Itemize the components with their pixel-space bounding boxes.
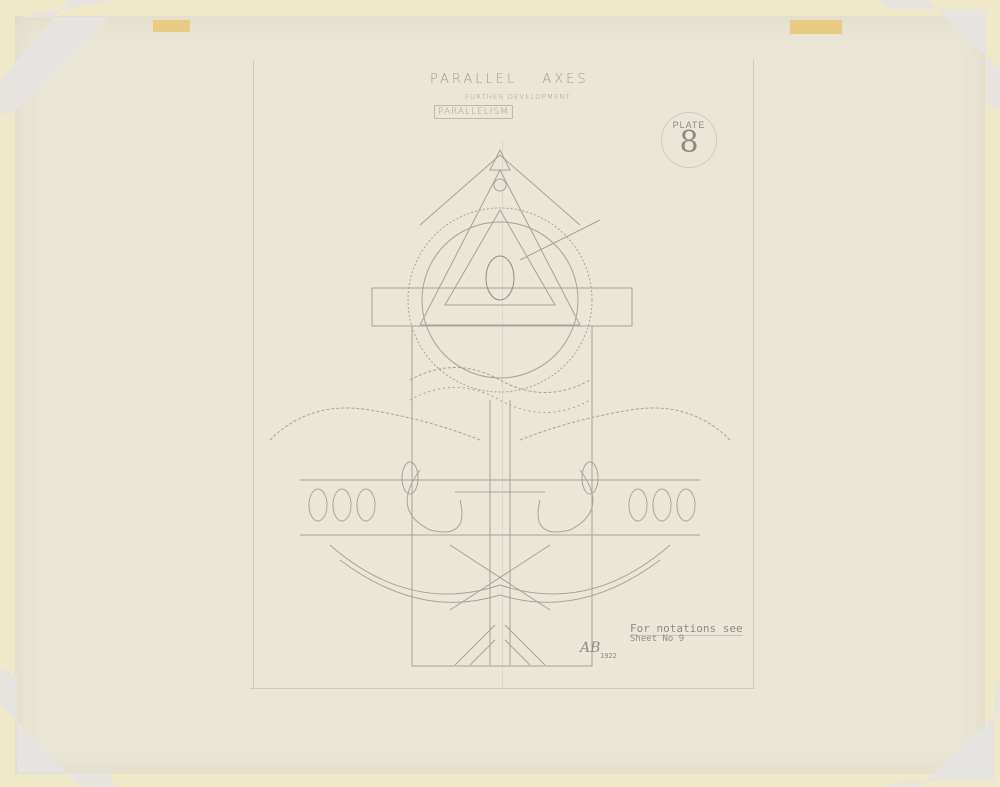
notation-sheet-ref: Sheet No 9 bbox=[630, 634, 684, 644]
date-mark: 1922 bbox=[600, 652, 617, 660]
signature: AB bbox=[580, 640, 600, 656]
ornamental-drawing bbox=[0, 0, 1000, 787]
